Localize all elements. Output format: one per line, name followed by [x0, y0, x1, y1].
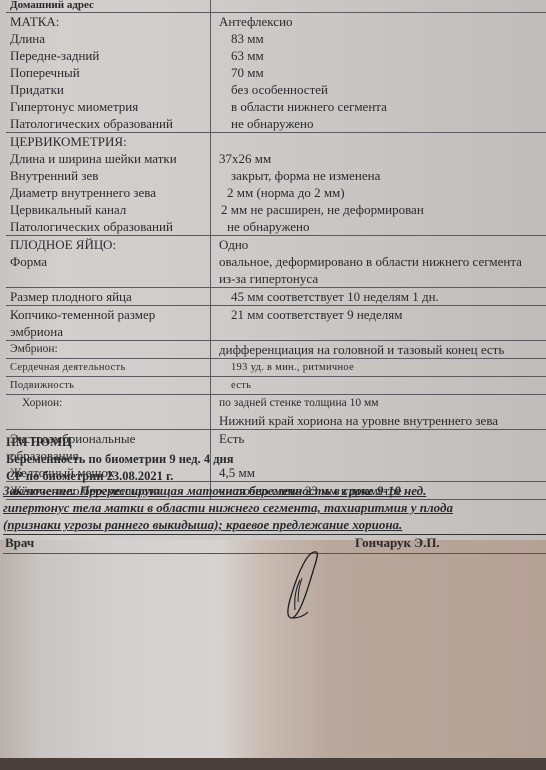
field-value: 83 мм	[219, 30, 546, 47]
summary-line: ПМ НОМЦ	[6, 434, 546, 451]
field-label: Патологических образований	[10, 218, 210, 235]
doctor-row: Врач Гончарук Э.П.	[3, 534, 546, 554]
field-value: 21 мм соответствует 9 неделям	[219, 306, 546, 323]
field-value: 2 мм не расширен, не деформирован	[219, 201, 546, 218]
field-label: Сердечная деятельность	[10, 359, 210, 376]
field-value: из-за гипертонуса	[219, 270, 546, 287]
field-label: ЦЕРВИКОМЕТРИЯ:	[10, 133, 210, 150]
field-label: Длина и ширина шейки матки	[10, 150, 210, 167]
conclusion-line: гипертонус тела матки в области нижнего …	[3, 499, 546, 516]
field-label: Патологических образований	[10, 115, 210, 132]
field-value: 70 мм	[219, 64, 546, 81]
signature-icon	[278, 548, 328, 623]
field-value: Одно	[219, 236, 546, 253]
field-value: 45 мм соответствует 10 неделям 1 дн.	[219, 288, 546, 305]
field-label: ПЛОДНОЕ ЯЙЦО:	[10, 236, 210, 253]
conclusion-block: Заключение: Прогрессирующая маточная бер…	[3, 482, 546, 533]
field-value: не обнаружено	[219, 115, 546, 132]
field-value: Антефлексио	[219, 13, 546, 30]
field-value: дифференциация на головной и тазовый кон…	[219, 341, 546, 358]
summary-line: Беременность по биометрии 9 нед. 4 дня	[6, 451, 546, 468]
field-label: Эмбрион:	[10, 341, 210, 358]
conclusion-line: Заключение: Прогрессирующая маточная бер…	[3, 482, 546, 499]
field-value: 193 уд. в мин., ритмичное	[219, 359, 546, 376]
section-cervicometry: ЦЕРВИКОМЕТРИЯ:Длина и ширина шейки матки…	[6, 133, 546, 236]
section-mobility: Подвижностьесть	[6, 377, 546, 395]
field-value: есть	[219, 377, 546, 394]
section-fetal-egg: ПЛОДНОЕ ЯЙЦО:ФормаОдноовальное, деформир…	[6, 236, 546, 288]
field-label: Форма	[10, 253, 210, 270]
field-value: в области нижнего сегмента	[219, 98, 546, 115]
section-chorion: Хорион:по задней стенке толщина 10 ммНиж…	[6, 395, 546, 430]
field-label	[10, 412, 210, 429]
field-value: 63 мм	[219, 47, 546, 64]
header-row: Домашний адрес	[6, 0, 546, 13]
section-embryo: Эмбрион:дифференциация на головной и таз…	[6, 341, 546, 359]
field-value: 2 мм (норма до 2 мм)	[219, 184, 546, 201]
field-label: Цервикальный канал	[10, 201, 210, 218]
ultrasound-table: Домашний адрес МАТКА:ДлинаПередне-задний…	[6, 0, 546, 500]
section-heart: Сердечная деятельность193 уд. в мин., ри…	[6, 359, 546, 377]
field-label: Поперечный	[10, 64, 210, 81]
field-value: не обнаружено	[219, 218, 546, 235]
field-label: Передне-задний	[10, 47, 210, 64]
section-uterus: МАТКА:ДлинаПередне-заднийПоперечныйПрида…	[6, 13, 546, 133]
summary-block: ПМ НОМЦ Беременность по биометрии 9 нед.…	[6, 434, 546, 485]
field-label: эмбриона	[10, 323, 210, 340]
home-address-label: Домашний адрес	[10, 0, 210, 12]
field-value: Нижний край хориона на уровне внутреннег…	[219, 412, 546, 429]
field-value	[219, 323, 546, 340]
field-value	[219, 133, 546, 150]
doctor-label: Врач	[5, 535, 34, 551]
field-value: овальное, деформировано в области нижнег…	[219, 253, 546, 270]
conclusion-line: (признаки угрозы раннего выкидыша); крае…	[3, 516, 546, 533]
field-label: Размер плодного яйца	[10, 288, 210, 305]
field-label: Хорион:	[10, 395, 210, 412]
section-egg-size: Размер плодного яйца45 мм соответствует …	[6, 288, 546, 306]
field-value: закрыт, форма не изменена	[219, 167, 546, 184]
field-label: Подвижность	[10, 377, 210, 394]
section-crl: Копчико-теменной размерэмбриона21 мм соо…	[6, 306, 546, 341]
field-label: Внутренний зев	[10, 167, 210, 184]
field-label	[10, 270, 210, 287]
doctor-name: Гончарук Э.П.	[355, 535, 440, 551]
table-surface	[0, 758, 546, 770]
field-label: Придатки	[10, 81, 210, 98]
field-label: Копчико-теменной размер	[10, 306, 210, 323]
field-value: без особенностей	[219, 81, 546, 98]
field-value: по задней стенке толщина 10 мм	[219, 395, 546, 412]
field-value: 37x26 мм	[219, 150, 546, 167]
field-label: Длина	[10, 30, 210, 47]
field-label: Гипертонус миометрия	[10, 98, 210, 115]
field-label: МАТКА:	[10, 13, 210, 30]
field-label: Диаметр внутреннего зева	[10, 184, 210, 201]
